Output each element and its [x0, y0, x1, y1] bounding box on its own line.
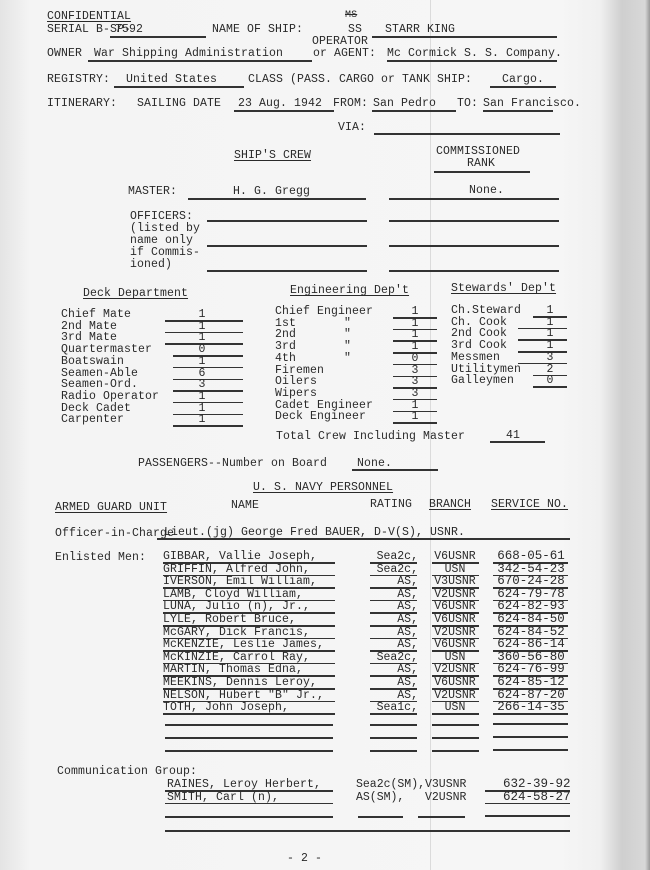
column-service-no: SERVICE NO. — [491, 498, 568, 511]
class-underline — [490, 86, 556, 88]
blank-name-line — [165, 737, 333, 739]
blank-branch-line — [432, 724, 479, 726]
owner-value: War Shipping Administration — [94, 47, 283, 60]
owner-underline — [88, 60, 312, 62]
communication-branch: V3USNR — [425, 778, 466, 791]
deck-department-title: Deck Department — [83, 287, 188, 300]
communication-name-underline — [165, 803, 333, 805]
navy-personnel-title: U. S. NAVY PERSONNEL — [253, 481, 393, 494]
enlisted-name-underline — [163, 713, 335, 715]
to-label: TO: — [457, 97, 478, 110]
enlisted-branch-underline — [432, 713, 479, 715]
officer-line-3 — [207, 270, 367, 272]
column-name: NAME — [231, 499, 259, 512]
from-underline — [372, 110, 456, 112]
communication-group-label: Communication Group: — [57, 765, 197, 778]
total-crew-underline — [490, 441, 545, 443]
blank-rating-line — [370, 724, 417, 726]
blank-service-line — [493, 723, 568, 725]
engineering-count-underline — [393, 422, 437, 424]
engineering-role-label: Deck Engineer — [275, 410, 366, 423]
total-crew-label: Total Crew Including Master — [276, 430, 465, 443]
communication-rating: AS(SM), — [356, 791, 404, 804]
to-underline — [483, 110, 553, 112]
blank-branch-line — [432, 750, 479, 752]
stewards-department-title: Stewards' Dep't — [451, 282, 556, 295]
blank-name-line — [165, 724, 333, 726]
blank-branch-line — [418, 816, 465, 818]
blank-rating-line — [370, 737, 417, 739]
officer-line-1 — [207, 220, 367, 222]
master-value: H. G. Gregg — [233, 185, 310, 198]
blank-service-line — [485, 815, 570, 817]
document-page: CONFIDENTIAL SERIAL B-SP- 7592 NAME OF S… — [0, 0, 650, 870]
ship-prefix-struck: MS — [345, 9, 357, 22]
via-label: VIA: — [338, 121, 366, 134]
officer-line-2 — [207, 245, 367, 247]
officers-label-5: ioned) — [130, 258, 172, 271]
rank-title: RANK — [467, 157, 495, 170]
rank-title-underline — [434, 171, 530, 173]
blank-name-line — [165, 816, 333, 818]
deck-role-label: Carpenter — [61, 413, 124, 426]
blank-branch-line — [432, 737, 479, 739]
officer-in-charge-underline — [157, 538, 570, 540]
sailing-date-underline — [234, 110, 334, 112]
agent-underline — [387, 60, 557, 62]
enlisted-rating-underline — [370, 713, 417, 715]
blank-service-line — [493, 749, 568, 751]
passengers-label: PASSENGERS--Number on Board — [138, 457, 327, 470]
sailing-date-label: SAILING DATE — [137, 97, 221, 110]
from-value: San Pedro — [373, 97, 436, 110]
enlisted-men-label: Enlisted Men: — [55, 551, 146, 564]
serial-value: 7592 — [115, 23, 143, 36]
via-underline — [374, 133, 560, 135]
blank-rating-line — [358, 816, 403, 818]
page-number: - 2 - — [287, 852, 322, 865]
passengers-underline — [352, 469, 438, 471]
confidential-label: CONFIDENTIAL — [47, 10, 131, 23]
ship-name-value: STARR KING — [385, 23, 455, 36]
class-value: Cargo. — [502, 73, 544, 86]
registry-underline — [114, 86, 244, 88]
blank-service-line — [493, 736, 568, 738]
from-label: FROM: — [333, 97, 368, 110]
agent-value: Mc Cormick S. S. Company. — [387, 47, 562, 60]
itinerary-label: ITINERARY: — [47, 97, 117, 110]
ships-crew-title: SHIP'S CREW — [234, 149, 311, 162]
ship-name-label: NAME OF SHIP: — [212, 23, 303, 36]
column-rating: RATING — [370, 498, 412, 511]
column-armed-guard-unit: ARMED GUARD UNIT — [55, 501, 167, 514]
ship-name-underline — [372, 36, 557, 38]
deck-count-underline — [173, 425, 243, 427]
agent-label: or AGENT: — [313, 47, 376, 60]
column-branch: BRANCH — [429, 498, 471, 511]
officer-rank-line-1 — [389, 220, 559, 222]
stewards-role-label: Galleymen — [451, 374, 514, 387]
serial-underline — [110, 36, 206, 38]
class-label: CLASS (PASS. CARGO or TANK SHIP: — [248, 73, 472, 86]
owner-label: OWNER — [47, 47, 82, 60]
communication-branch: V2USNR — [425, 791, 466, 804]
master-rank-underline — [389, 198, 559, 200]
sailing-date-value: 23 Aug. 1942 — [238, 97, 322, 110]
master-underline — [188, 198, 366, 200]
communication-rating: Sea2c(SM), — [356, 778, 425, 791]
master-rank-value: None. — [469, 184, 504, 197]
stewards-count-underline — [533, 386, 567, 388]
to-value: San Francisco. — [483, 97, 581, 110]
registry-value: United States — [126, 73, 217, 86]
registry-label: REGISTRY: — [47, 73, 110, 86]
ditto-mark: " — [344, 352, 351, 365]
blank-name-line — [165, 750, 333, 752]
communication-service-underline — [485, 803, 570, 805]
officer-rank-line-3 — [389, 270, 559, 272]
blank-full-line — [165, 830, 570, 832]
enlisted-service-underline — [493, 713, 568, 715]
blank-rating-line — [370, 750, 417, 752]
master-label: MASTER: — [128, 185, 177, 198]
officer-rank-line-2 — [389, 245, 559, 247]
engineering-department-title: Engineering Dep't — [290, 284, 409, 297]
